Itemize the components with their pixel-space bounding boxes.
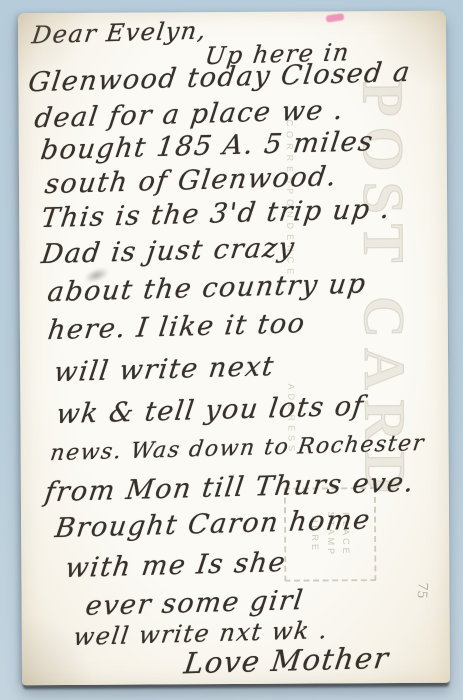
handwriting-line: Dear Evelyn, (30, 16, 209, 49)
handwriting-line: ever some girl (84, 585, 306, 622)
handwriting-line: Dad is just crazy (40, 232, 298, 270)
pink-mark (326, 13, 345, 23)
handwriting-line: wk & tell you lots of (54, 391, 366, 430)
postcard: POST CARD CORRESPONDENCE ADDRESS PLACE S… (18, 11, 450, 686)
handwriting-line: Love Mother (182, 641, 392, 681)
handwriting-line: with me Is she (63, 547, 288, 584)
handwriting-line: This is the 3'd trip up . (39, 194, 393, 234)
handwriting-line: will write next (52, 351, 276, 388)
handwriting-line: here. I like it too (46, 308, 308, 346)
pencil-note: 75 (414, 582, 430, 600)
